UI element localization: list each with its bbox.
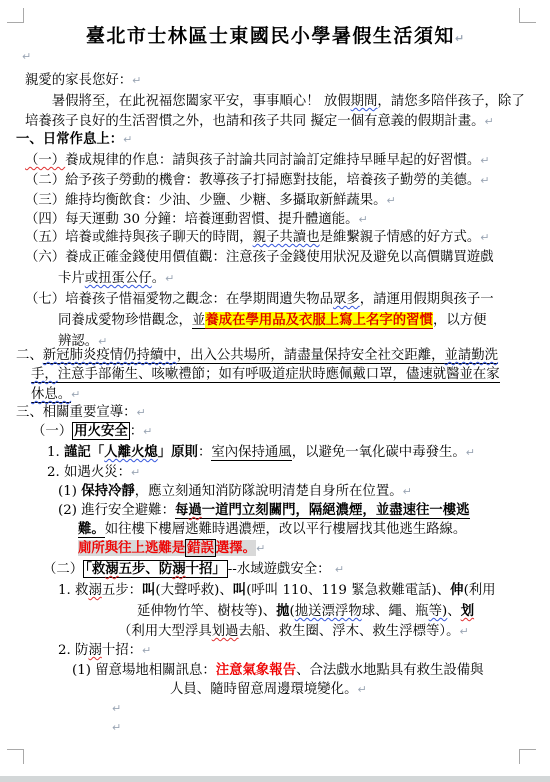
text-run: 如往樓下樓層逃難時遇濃煙，改以平行樓層找其他逃生路線。 (105, 522, 467, 537)
pilcrow-mark: ↵ (480, 231, 489, 244)
pilcrow-mark: ↵ (132, 74, 141, 87)
text-run: 人員、隨時留意周邊環境變化。 (170, 682, 357, 697)
text-run: 十招」 (186, 561, 226, 577)
pilcrow-mark: ↵ (143, 425, 152, 438)
text-line: 難。如往樓下樓層逃難時遇濃煙，改以平行樓層找其他逃生路線。 (78, 521, 466, 538)
page-title: 臺北市士林區士東國民小學暑假生活須知↵ (0, 24, 550, 51)
pilcrow-mark: ↵ (455, 32, 464, 45)
text-line: (1) 保持冷靜，應立刻通知消防隊說明清楚自身所在位置。↵ (58, 483, 412, 500)
text-run: (呼叫 110、119 緊急救難電話)、 (246, 583, 450, 598)
pilcrow-mark: ↵ (123, 133, 132, 146)
text-run: 溺 (105, 561, 118, 577)
text-run: 廁所與往上逃難是 (78, 540, 185, 556)
text-line: （二）給予孩子勞動的機會：教導孩子打掃應對技能，培養孩子勤勞的美德。↵ (25, 172, 490, 189)
text-line: 卡片或扭蛋公仔。↵ (58, 270, 174, 287)
text-run: 一道門立刻關門，隔絕濃煙，並盡速往一樓逃 (202, 502, 470, 519)
text-run: 錯誤 (185, 539, 216, 557)
pilcrow-mark: ↵ (459, 625, 468, 638)
text-run: ，出入公共場所，請盡量保持安全社交距離， (177, 348, 445, 364)
text-run: 溺 (172, 561, 185, 577)
text-run: 叫 (233, 582, 246, 598)
text-run: 去船、救生圈、浮木、救生浮標等）。 (239, 624, 460, 639)
pilcrow-mark: ↵ (112, 702, 121, 715)
text-run: (大聲呼救)、 (155, 583, 232, 598)
text-run: 1. (47, 445, 64, 460)
text-line: ↵ (112, 700, 121, 717)
margin-crop-mark-bl (7, 749, 24, 764)
pilcrow-mark: ↵ (165, 272, 174, 285)
text-run: 2. 防 (58, 643, 88, 658)
text-run: 、 (447, 604, 460, 619)
text-line: （利用大型浮具划過去船、救生圈、浮木、救生浮標等）。↵ (118, 623, 469, 640)
text-run: 伸 (450, 582, 463, 598)
pilcrow-mark: ↵ (357, 683, 366, 696)
text-line: 暑假將至，在此祝福您闔家平安，事事順心！ 放假期間，請您多陪伴孩子，除了 (25, 93, 525, 110)
text-line: 親愛的家長您好：↵ (25, 72, 141, 89)
text-line: 二、新冠肺炎疫情仍持續中，出入公共場所，請盡量保持安全社交距離，並請勤洗 (16, 347, 498, 364)
text-run: 「救 (85, 561, 105, 577)
text-run: （四）每天運動 30 分鐘：培養運動習慣、提升體適能。 (25, 212, 359, 227)
pilcrow-mark: ↵ (22, 50, 31, 63)
text-run: 一、日常作息上： (16, 131, 123, 147)
text-run: （三）維持均衡飲食：少油、少鹽、少糖、多攝取新鮮蔬果。 (25, 193, 387, 208)
text-line: ↵ (22, 48, 31, 65)
text-run: 室內保持通風 (211, 445, 291, 461)
text-line: （二）「救溺五步、防溺十招」--水域遊戲安全： ↵ (43, 561, 344, 578)
text-line: （一）養成規律的作息：請與孩子討論共同討論訂定維持早睡早起的好習慣。↵ (25, 152, 490, 169)
text-line: （七）培養孩子惜福愛物之觀念：在學期間遺失物品眾多，請運用假期與孩子一 (25, 291, 494, 308)
pilcrow-mark: ↵ (387, 194, 396, 207)
text-line: （三）維持均衡飲食：少油、少鹽、少糖、多攝取新鮮蔬果。↵ (25, 192, 396, 209)
pilcrow-mark: ↵ (71, 388, 80, 401)
text-run: （一） (32, 424, 72, 439)
text-run: (1) (58, 484, 81, 499)
text-run: 五步、防 (119, 561, 173, 577)
text-line: 1. 謹記「人離火熄」原則：室內保持通風，以避免一氧化碳中毒發生。↵ (47, 444, 475, 461)
text-line: 2. 如遇火災：↵ (47, 464, 140, 481)
text-line: 延伸物竹竿、樹枝等)、拋(拋送漂浮物球、繩、瓶等)、划 (137, 603, 474, 620)
pilcrow-mark: ↵ (480, 174, 489, 187)
text-run: (利用 (464, 583, 496, 598)
text-line: （五）培養或維持與孩子聊天的時間，親子共讀也是維繫親子情感的好方式。↵ (25, 229, 490, 246)
text-run: 「救溺五步、防溺十招」 (83, 560, 228, 578)
text-line: (1) 留意場地相關訊息：注意氣象報告、合法戲水地點具有救生設備與 (72, 662, 484, 679)
text-run: (1) 留意場地相關訊息： (72, 663, 216, 678)
text-line: 三、相關重要宣導：↵ (16, 404, 146, 421)
text-run: 手， (31, 367, 58, 383)
text-run: 划過 (212, 624, 239, 639)
text-line: ↵ (112, 719, 121, 736)
text-run: ，以方便 (433, 313, 487, 328)
text-run: 同養成愛物珍惜觀念， (58, 313, 192, 328)
text-run: （五）培養或維持與孩子聊天的時間， (25, 230, 253, 245)
pilcrow-mark: ↵ (112, 721, 121, 734)
pilcrow-mark: ↵ (466, 446, 475, 459)
text-run: 注意氣象報告 (216, 662, 296, 678)
text-run: ，應立刻通知消防隊說明清楚自身所在位置。 (135, 484, 403, 499)
text-run: 新冠肺炎疫情仍持續中 (43, 348, 177, 364)
text-line: 手，注意手部衛生、咳嗽禮節；如有呼吸道症狀時應佩戴口罩，儘速就醫並在家 (31, 366, 500, 383)
pilcrow-mark: ↵ (142, 644, 151, 657)
window-bottom-edge (0, 776, 550, 782)
text-run: 五步： (102, 583, 142, 598)
text-run: （七）培養孩子惜福愛物之觀念：在學期間遺失物品 (25, 292, 333, 307)
text-run: 溺 (88, 583, 101, 598)
text-run: ： (198, 445, 211, 460)
text-run: 等) (429, 604, 448, 619)
text-run: 划 (461, 603, 474, 619)
text-run: 養成規律的作息：請與孩子討論共同討論訂定維持早睡早起的好習慣。 (65, 153, 480, 168)
text-run: 用火安全 (72, 422, 130, 440)
text-run: 親子共讀也 (253, 230, 320, 245)
text-run: 並 (192, 313, 205, 329)
text-run: 三、相關重要宣導： (16, 405, 137, 420)
pilcrow-mark: ↵ (485, 115, 494, 128)
text-run: 、合法戲水地點具有救生設備與 (296, 663, 483, 678)
text-run: 親愛的家長您好： (25, 73, 132, 88)
text-run: 2. 如遇火災： (47, 465, 131, 480)
text-run: （一） (25, 153, 65, 168)
text-run: 拋 (276, 603, 289, 619)
pilcrow-mark: ↵ (335, 563, 344, 576)
text-run: （利用大型浮具 (118, 624, 212, 639)
text-run: （二） (43, 562, 83, 577)
text-run: 是維繫親子情感的好方式。 (320, 230, 481, 245)
margin-crop-mark-tr (519, 8, 536, 23)
text-run: --水域遊戲安全： (228, 562, 335, 577)
text-run: 過 (188, 502, 201, 519)
text-line: （四）每天運動 30 分鐘：培養運動習慣、提升體適能。↵ (25, 211, 368, 228)
text-run: 保持冷靜 (81, 483, 135, 499)
text-run: （六）養成正確金錢使用價值觀：注意孩子金錢使用狀況及避免以高價購買遊戲 (25, 250, 494, 265)
text-run: 拋送漂浮物 (295, 604, 362, 619)
text-run: 人離火熄 (104, 444, 158, 460)
text-run: 叫 (142, 582, 155, 598)
text-line: 廁所與往上逃難是錯誤選擇。↵ (78, 540, 265, 557)
text-run: 養成在學用品及衣服上寫上名字的習慣 (205, 312, 433, 329)
text-run: ，以避免一氧化碳中毒發生。 (292, 445, 466, 460)
pilcrow-mark: ↵ (137, 406, 146, 419)
text-run: 暑假將至，在此祝福您闔家平安，事事順心！ 放假 (25, 94, 351, 109)
text-run: 或扭蛋公仔 (85, 271, 152, 286)
text-run: 溺 (88, 643, 101, 658)
margin-crop-mark-tl (7, 8, 24, 23)
text-run: (2) 進行安全避難： (58, 503, 175, 518)
pilcrow-mark: ↵ (403, 485, 412, 498)
text-run: 眾多 (333, 292, 360, 307)
pilcrow-mark: ↵ (480, 154, 489, 167)
text-run: 每 (175, 502, 188, 519)
text-line: 培養孩子良好的生活習慣之外，也請和孩子共同 擬定一個有意義的假期計畫。↵ (25, 113, 494, 130)
text-run: ，請您多陪伴孩子，除了 (377, 94, 524, 109)
text-run: 期間 (351, 94, 378, 109)
text-run: ： (130, 424, 143, 439)
text-run: 注意手部衛生、咳嗽禮節；如有呼吸道症狀時應佩戴口罩，儘速就醫並在家 (58, 367, 500, 383)
text-run: （二）給予孩子勞動的機會：教導孩子打掃應對技能，培養孩子勤勞的美德。 (25, 173, 480, 188)
text-run: 。 (152, 271, 165, 286)
text-line: （一）用火安全：↵ (32, 423, 152, 440)
margin-crop-mark-br (519, 749, 536, 764)
document-page: 臺北市士林區士東國民小學暑假生活須知↵↵親愛的家長您好：↵ 暑假將至，在此祝福您… (0, 0, 550, 782)
text-line: （六）養成正確金錢使用價值觀：注意孩子金錢使用狀況及避免以高價購買遊戲 (25, 249, 494, 266)
pilcrow-mark: ↵ (131, 466, 140, 479)
text-run: 球、繩、瓶 (362, 604, 429, 619)
text-run: 選擇。 (216, 540, 256, 556)
text-run: 十招： (102, 643, 142, 658)
text-run: 臺北市士林區士東國民小學暑假生活須知 (86, 25, 455, 47)
text-line: 休息。↵ (31, 386, 80, 403)
text-run: 卡片 (58, 271, 85, 286)
text-run: 二、 (16, 348, 43, 363)
text-run: 1. 救 (58, 583, 88, 598)
pilcrow-mark: ↵ (359, 213, 368, 226)
text-line: 同養成愛物珍惜觀念，並養成在學用品及衣服上寫上名字的習慣，以方便 (58, 312, 487, 329)
text-line: (2) 進行安全避難：每過一道門立刻關門，隔絕濃煙，並盡速往一樓逃 (58, 502, 470, 519)
text-run: 」原則 (158, 444, 198, 460)
text-line: 2. 防溺十招：↵ (58, 642, 151, 659)
pilcrow-mark: ↵ (256, 542, 265, 555)
text-run: 謹記「 (64, 444, 104, 460)
text-run: 難。 (78, 521, 105, 538)
text-line: 1. 救溺五步：叫(大聲呼救)、叫(呼叫 110、119 緊急救難電話)、伸(利… (58, 582, 496, 599)
text-run: 並請勤洗 (445, 348, 499, 364)
text-run: 休息。 (31, 387, 71, 403)
text-line: 一、日常作息上：↵ (16, 131, 132, 148)
text-run: 培養孩子良好的生活習慣之外，也請和孩子共同 擬定一個有意義的假期計畫。 (25, 114, 485, 129)
text-run: 延伸物竹竿、樹枝等)、 (137, 604, 276, 619)
text-run: ，請運用假期與孩子一 (360, 292, 494, 307)
text-line: 人員、隨時留意周邊環境變化。↵ (170, 681, 367, 698)
